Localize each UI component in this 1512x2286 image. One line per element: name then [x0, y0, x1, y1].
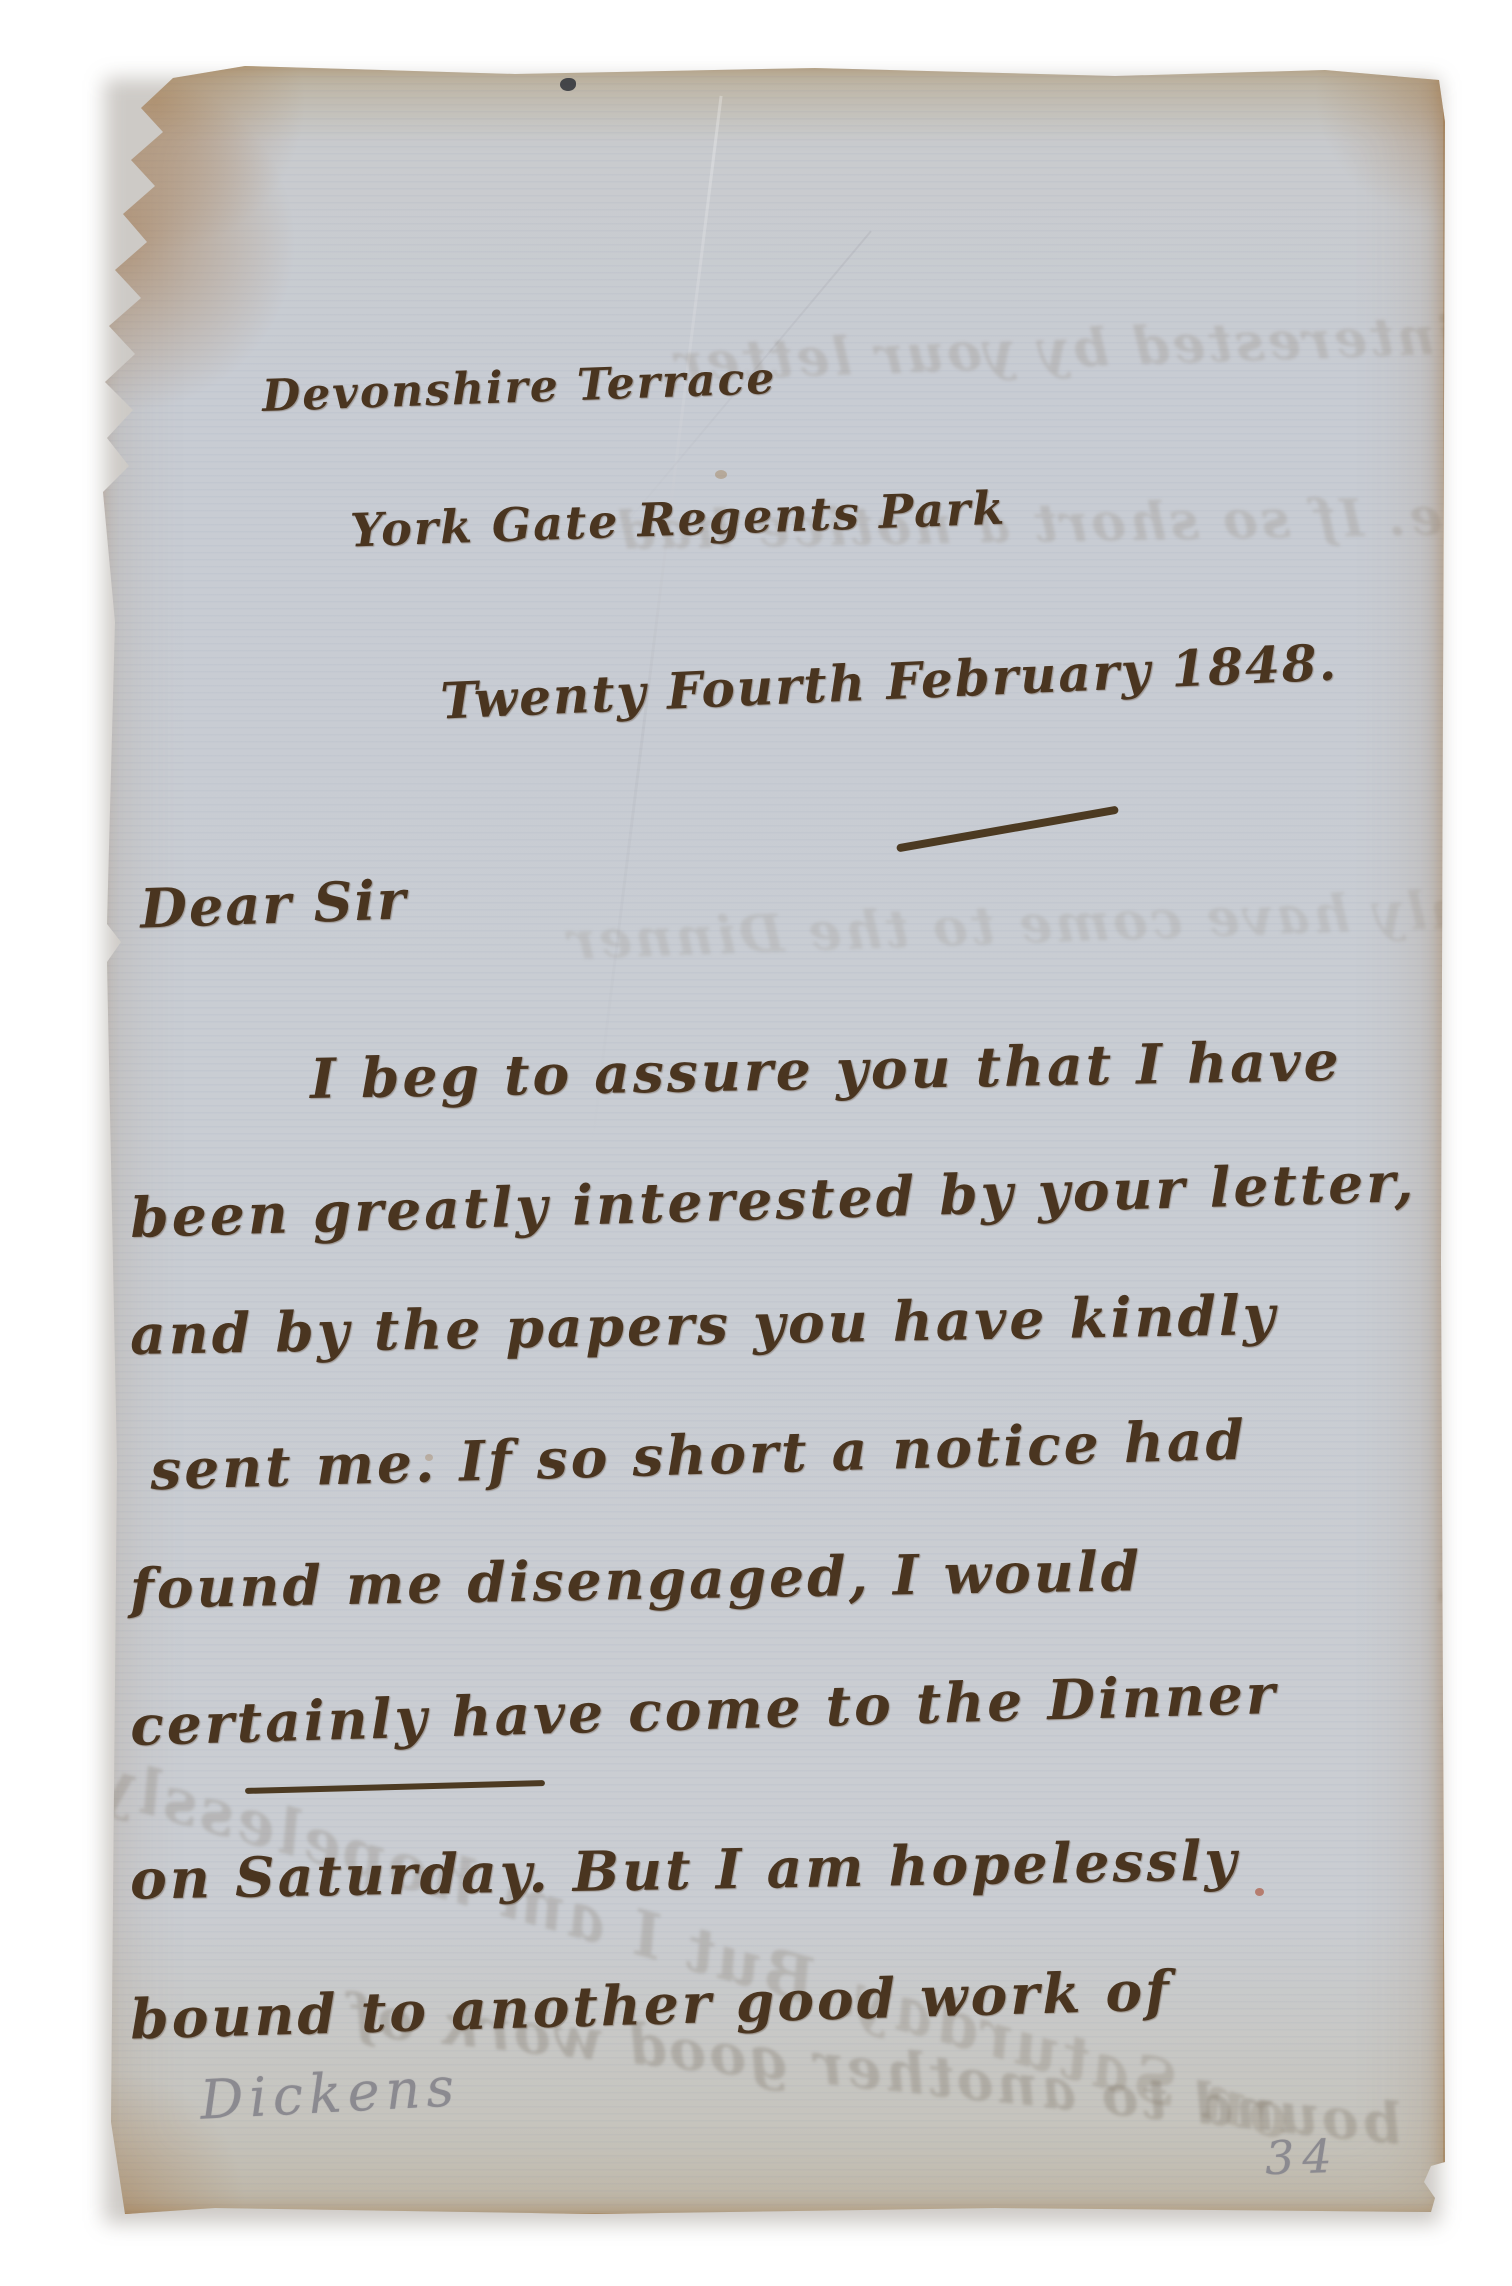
foxing-spot — [1255, 1888, 1264, 1896]
scanned-letter-photo: been greatly interested by your letter, … — [0, 0, 1512, 2286]
date-underline-stroke — [896, 806, 1119, 853]
pencil-attribution-dickens: Dickens — [199, 2055, 462, 2132]
ink-speck — [560, 78, 576, 91]
body-line-4: sent me. If so short a notice had — [149, 1407, 1247, 1503]
bleed-through-ghost: certainly have come to the Dinner — [564, 873, 1512, 972]
pencil-page-number: 34 — [1264, 2129, 1340, 2186]
foxing-spot — [715, 470, 727, 479]
body-line-5: found me disengaged, I would — [130, 1538, 1143, 1621]
heading-line-devonshire: Devonshire Terrace — [261, 353, 777, 422]
date-line: Twenty Fourth February 1848. — [439, 632, 1339, 730]
letter-paper-sheet: been greatly interested by your letter, … — [95, 62, 1445, 2215]
paper-crease — [590, 96, 722, 1148]
certainly-underline-stroke — [245, 1780, 545, 1794]
body-line-6: certainly have come to the Dinner — [129, 1661, 1278, 1758]
bleed-through-ghost: been greatly interested by your letter, — [654, 291, 1512, 395]
body-line-1: I beg to assure you that I have — [310, 1028, 1343, 1111]
body-line-2: been greatly interested by your letter, — [129, 1149, 1417, 1250]
salutation: Dear Sir — [139, 867, 408, 940]
body-line-3: and by the papers you have kindly — [130, 1282, 1279, 1367]
